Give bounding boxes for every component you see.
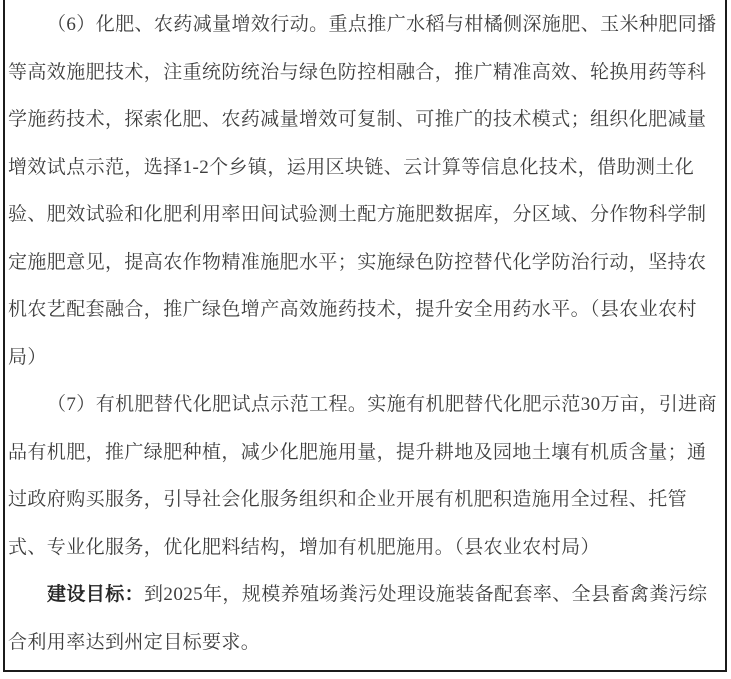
paragraph-action-7-line-1: （7）有机肥替代化肥试点示范工程。实施有机肥替代化肥示范30万亩，引进商 [8,381,721,429]
paragraph-action-6-line-3: 学施药技术，探索化肥、农药减量增效可复制、可推广的技术模式；组织化肥减量 [8,96,721,144]
construction-goal-label: 建设目标： [47,584,144,605]
paragraph-action-6-line-7: 机农艺配套融合，推广绿色增产高效施药技术，提升安全用药水平。（县农业农村 [8,286,721,334]
paragraph-action-6-line-5: 验、肥效试验和化肥利用率田间试验测土配方施肥数据库，分区域、分作物科学制 [8,191,721,239]
paragraph-action-6: （6）化肥、农药减量增效行动。重点推广水稻与柑橘侧深施肥、玉米种肥同播等高效施肥… [8,1,721,381]
document-page-frame: （6）化肥、农药减量增效行动。重点推广水稻与柑橘侧深施肥、玉米种肥同播等高效施肥… [3,0,727,672]
paragraph-action-7-line-3: 过政府购买服务，引导社会化服务组织和企业开展有机肥积造施用全过程、托管 [8,476,721,524]
paragraph-construction-goal: 建设目标：到2025年，规模养殖场粪污处理设施装备配套率、全县畜禽粪污综合利用率… [8,571,721,666]
paragraph-action-7: （7）有机肥替代化肥试点示范工程。实施有机肥替代化肥示范30万亩，引进商品有机肥… [8,381,721,571]
paragraph-action-7-line-4: 式、专业化服务，优化肥料结构，增加有机肥施用。（县农业农村局） [8,524,721,572]
construction-goal-text: 到2025年，规模养殖场粪污处理设施装备配套率、全县畜禽粪污综 [144,584,707,605]
paragraph-action-6-line-8: 局） [8,334,721,382]
paragraph-action-6-line-2: 等高效施肥技术，注重统防统治与绿色防控相融合，推广精准高效、轮换用药等科 [8,49,721,97]
paragraph-action-7-line-2: 品有机肥，推广绿肥种植，减少化肥施用量，提升耕地及园地土壤有机质含量；通 [8,429,721,477]
paragraph-action-6-line-6: 定施肥意见，提高农作物精准施肥水平；实施绿色防控替代化学防治行动，坚持农 [8,239,721,287]
paragraph-action-6-line-4: 增效试点示范，选择1-2个乡镇，运用区块链、云计算等信息化技术，借助测土化 [8,144,721,192]
document-content: （6）化肥、农药减量增效行动。重点推广水稻与柑橘侧深施肥、玉米种肥同播等高效施肥… [5,0,725,666]
paragraph-construction-goal-line-1: 建设目标：到2025年，规模养殖场粪污处理设施装备配套率、全县畜禽粪污综 [8,571,721,619]
paragraph-action-6-line-1: （6）化肥、农药减量增效行动。重点推广水稻与柑橘侧深施肥、玉米种肥同播 [8,1,721,49]
paragraph-construction-goal-line-2: 合利用率达到州定目标要求。 [8,619,721,667]
